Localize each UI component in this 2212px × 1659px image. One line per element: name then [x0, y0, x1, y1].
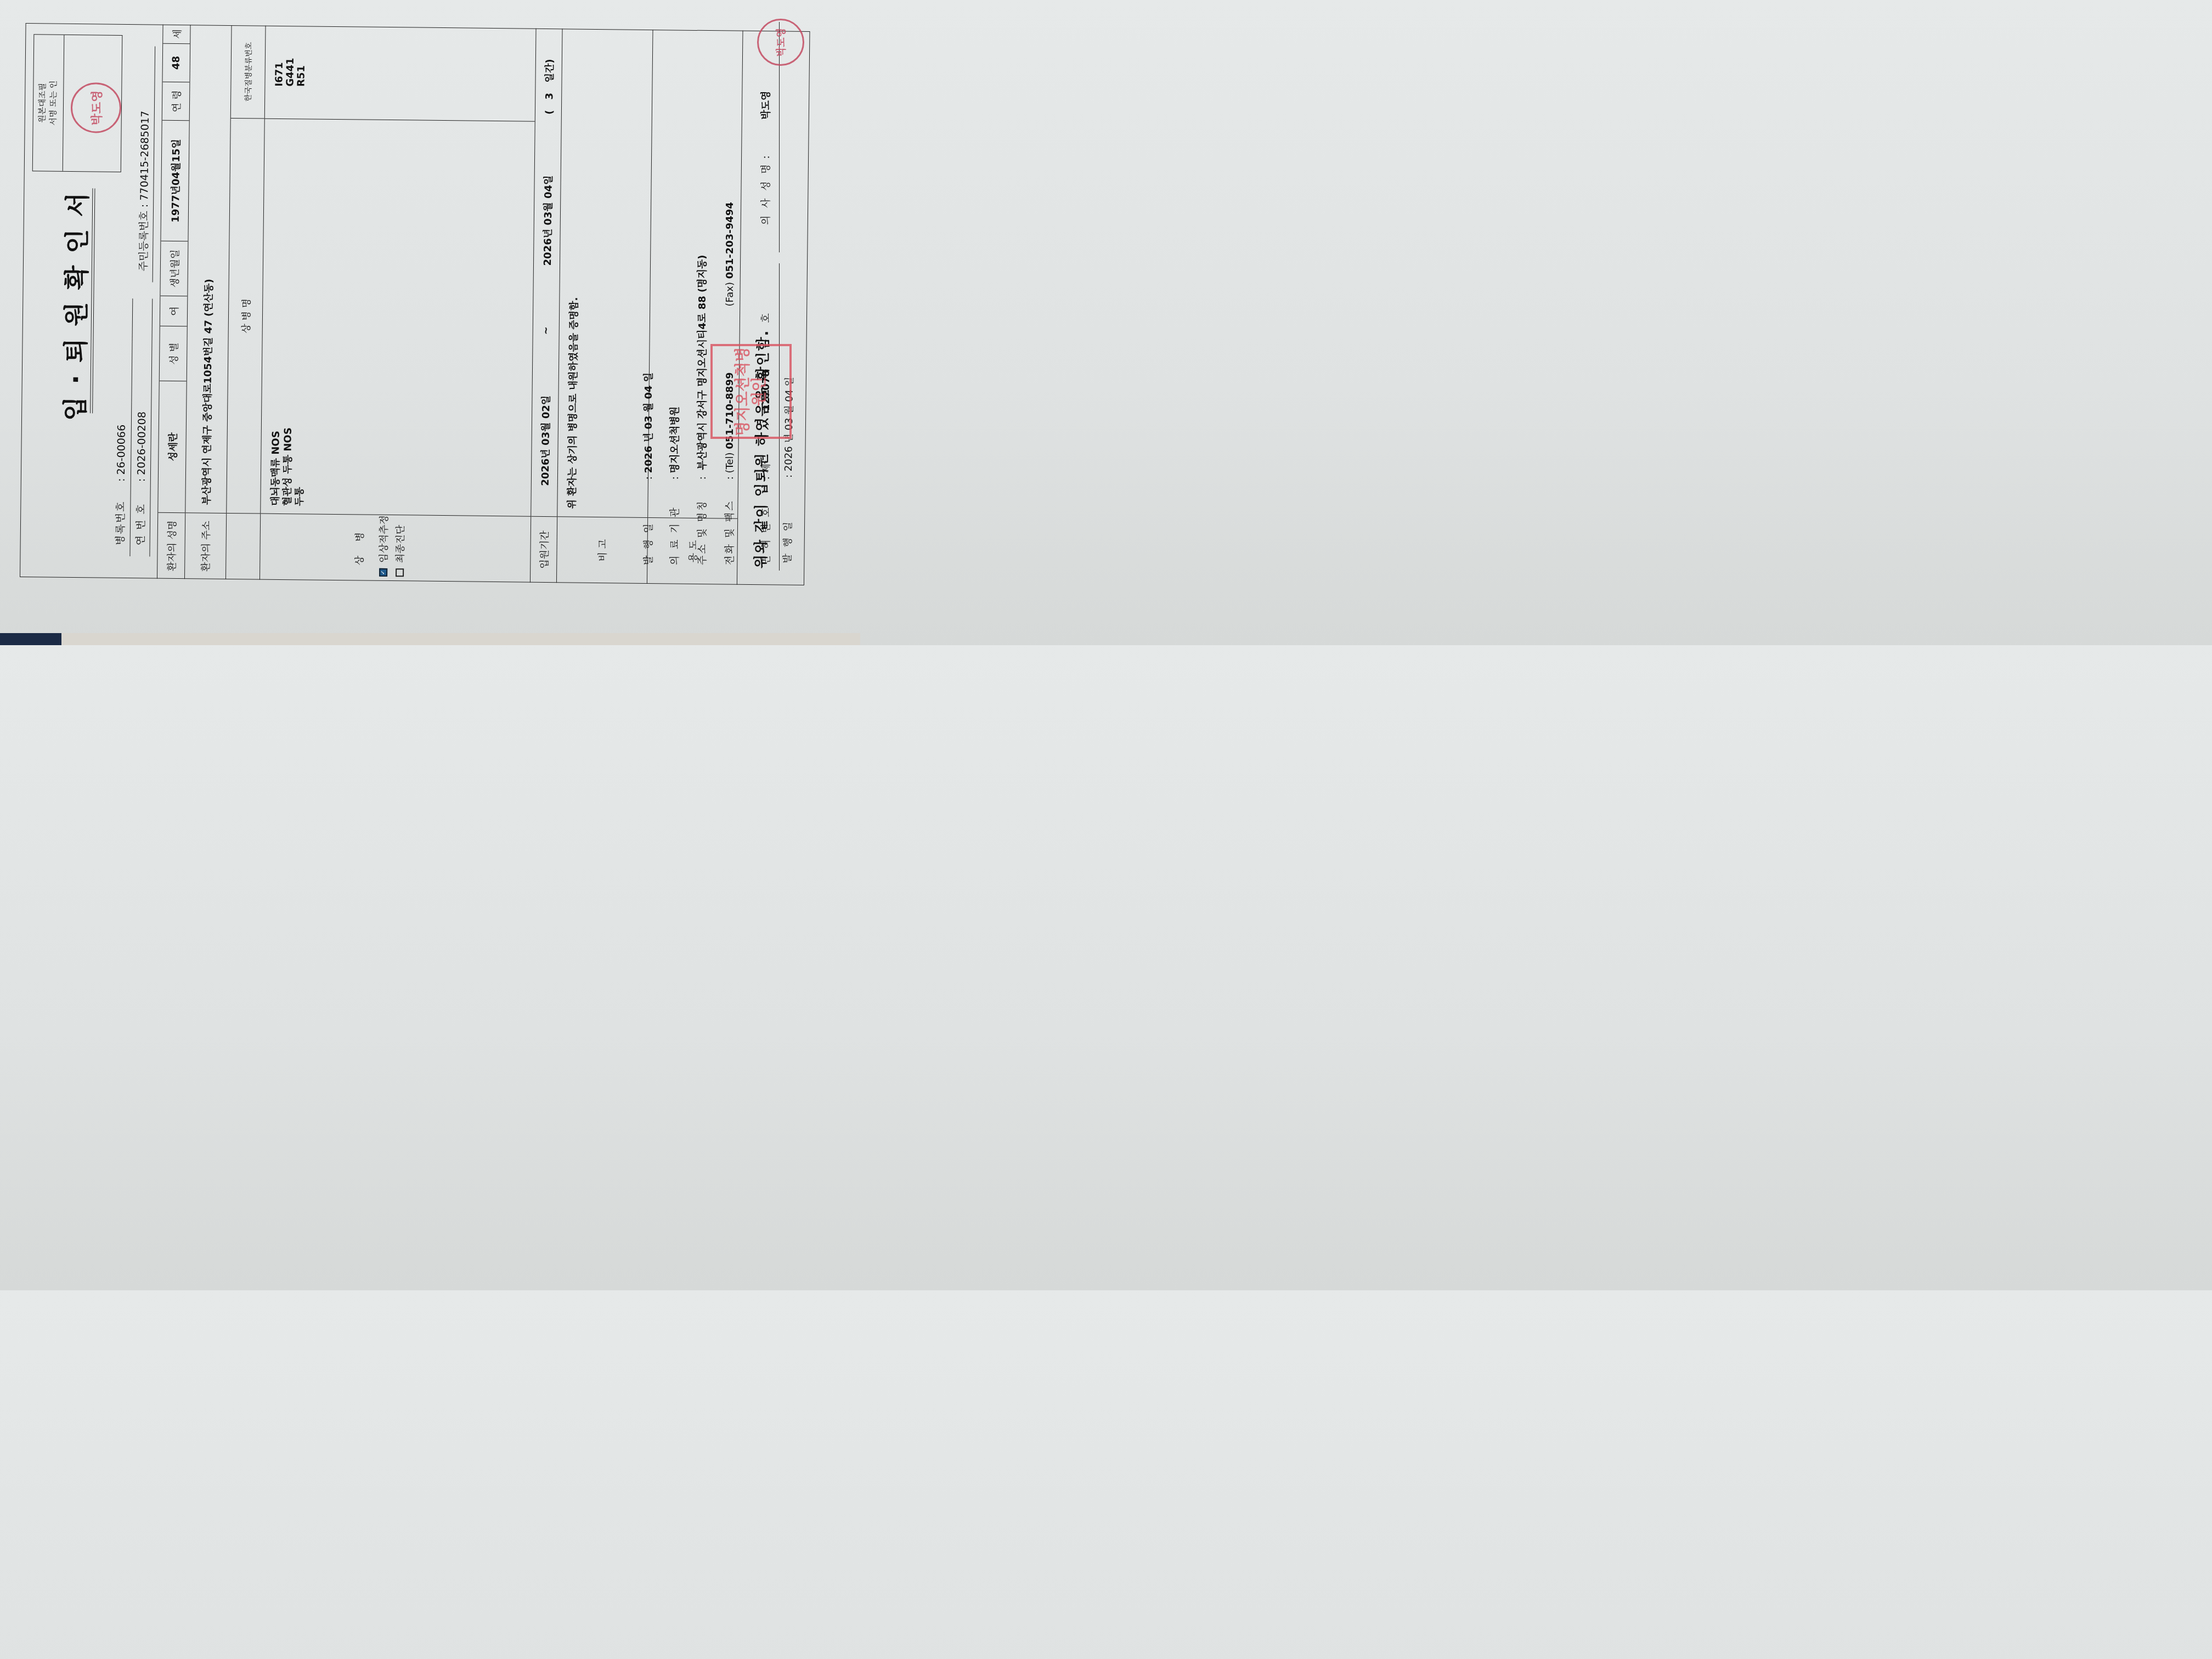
hospital-seal-stamp: 명지오션척병원인 [710, 344, 792, 439]
diagnosis-item: 혈관성 두통 NOS [281, 427, 294, 506]
patient-sex: 여 [160, 296, 188, 327]
issuance-block: 발 행 일 : 2026 년 03 월 04 일 의 료 기 관 : 명지오션척… [614, 11, 856, 592]
resident-registration-number: 주민등록번호 : 770415-2685017 [136, 111, 152, 272]
diagnosis-code-cell: I671 G441 R51 [265, 26, 536, 122]
diagnosis-item: 두통 [294, 427, 306, 506]
checkbox-empty-icon[interactable] [396, 568, 404, 577]
option-final-diagnosis[interactable]: 최종진단 [392, 515, 407, 577]
issue-date-line: 발 행 일 : 2026 년 03 월 04 일 [641, 373, 655, 565]
patient-age: 48 [162, 44, 190, 83]
patient-address-row: 환자의 주소 부산광역시 연제구 중앙대로1054번길 47 (연산동) [184, 25, 232, 579]
diagnosis-list: 대뇌동맥류 NOS 혈관성 두통 NOS 두통 [269, 427, 306, 506]
diagnosis-code-header: 한국질병분류번호 [231, 25, 266, 119]
verification-seal-stamp: 박도영 [70, 82, 121, 133]
original-verification-box: 원본대조필 서명 또는 인 박도영 [32, 34, 123, 172]
diagnosis-body-row: 대뇌동맥류 NOS 혈관성 두통 NOS 두통 I671 G441 R51 [259, 26, 536, 583]
diagnosis-codes: I671 G441 R51 [274, 58, 307, 87]
option-clinical-estimate[interactable]: ✓임상적추정 [376, 515, 391, 577]
admission-days: ( 3 일간) [541, 59, 556, 115]
patient-dob: 1977년04월15일 [161, 121, 189, 242]
doctor-line: 의 사 성 명 : 박도영 [758, 91, 772, 225]
verification-label: 원본대조필 서명 또는 인 [33, 35, 65, 171]
separator: ~ [540, 326, 552, 335]
doctor-seal-stamp: 박도영 [757, 19, 804, 66]
desk-object [0, 633, 61, 645]
patient-address: 부산광역시 연제구 중앙대로1054번길 47 (연산동) [185, 25, 231, 513]
age-label: 연 령 [162, 82, 190, 121]
diagnosis-list-cell: 대뇌동맥류 NOS 혈관성 두통 NOS 두통 [261, 119, 535, 517]
diagnosis-name-header: 상 병 명 [227, 119, 264, 514]
diagnosis-code: R51 [296, 58, 307, 87]
checkbox-checked-icon[interactable]: ✓ [379, 568, 387, 577]
patient-name: 성세란 [158, 381, 187, 513]
diagnosis-code: I671 [274, 58, 285, 87]
name-label: 환자의 성명 [157, 513, 185, 579]
record-number: 병록번호 : 26-00066 [112, 425, 128, 545]
diagnosis-item: 대뇌동맥류 NOS [269, 427, 282, 506]
diagnosis-header-row: 상 병 명 한국질병분류번호 [225, 25, 266, 580]
admission-end: 2026년 03월 04일 [539, 175, 555, 266]
address-label: 환자의 주소 [185, 513, 226, 579]
dob-label: 생년월일 [160, 241, 188, 297]
admission-start: 2026년 03월 02일 [537, 396, 552, 486]
serial-number: 연 번 호 : 2026-00208 [133, 411, 149, 545]
age-unit: 세 [163, 25, 190, 44]
address-line: 주소 및 명칭 : 부산광역시 강서구 명지오션시티4로 88 (명지동) [695, 255, 709, 565]
diagnosis-section-label: 상 병 [352, 527, 366, 566]
sex-label: 성 별 [160, 326, 187, 382]
diagnosis-label-column: 상 병 ✓임상적추정 최종진단 [225, 513, 531, 583]
admission-label: 입원기간 [531, 517, 557, 583]
desk-surface [0, 633, 860, 645]
diagnosis-code: G441 [285, 58, 296, 87]
institution-line: 의 료 기 관 : 명지오션척병원 [667, 407, 681, 565]
